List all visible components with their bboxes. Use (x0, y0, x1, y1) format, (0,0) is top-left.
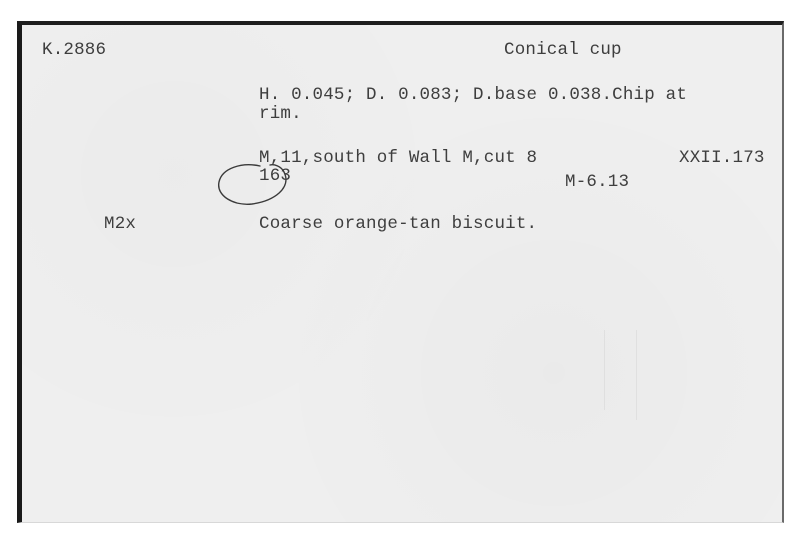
dimensions-line-2: rim. (259, 104, 302, 124)
fabric-description: Coarse orange-tan biscuit. (259, 214, 537, 234)
scan-artifact (604, 330, 605, 410)
object-name: Conical cup (504, 40, 622, 60)
findspot-reference: XXII.173 (679, 148, 765, 168)
findspot-number: 163 (259, 166, 291, 186)
scan-artifact (636, 330, 637, 420)
fabric-code: M2x (104, 214, 136, 234)
catalog-number: K.2886 (42, 40, 106, 60)
notebook-reference: M-6.13 (565, 172, 629, 192)
dimensions-line-1: H. 0.045; D. 0.083; D.base 0.038.Chip at (259, 85, 687, 105)
findspot-line: M,11,south of Wall M,cut 8 (259, 148, 537, 168)
